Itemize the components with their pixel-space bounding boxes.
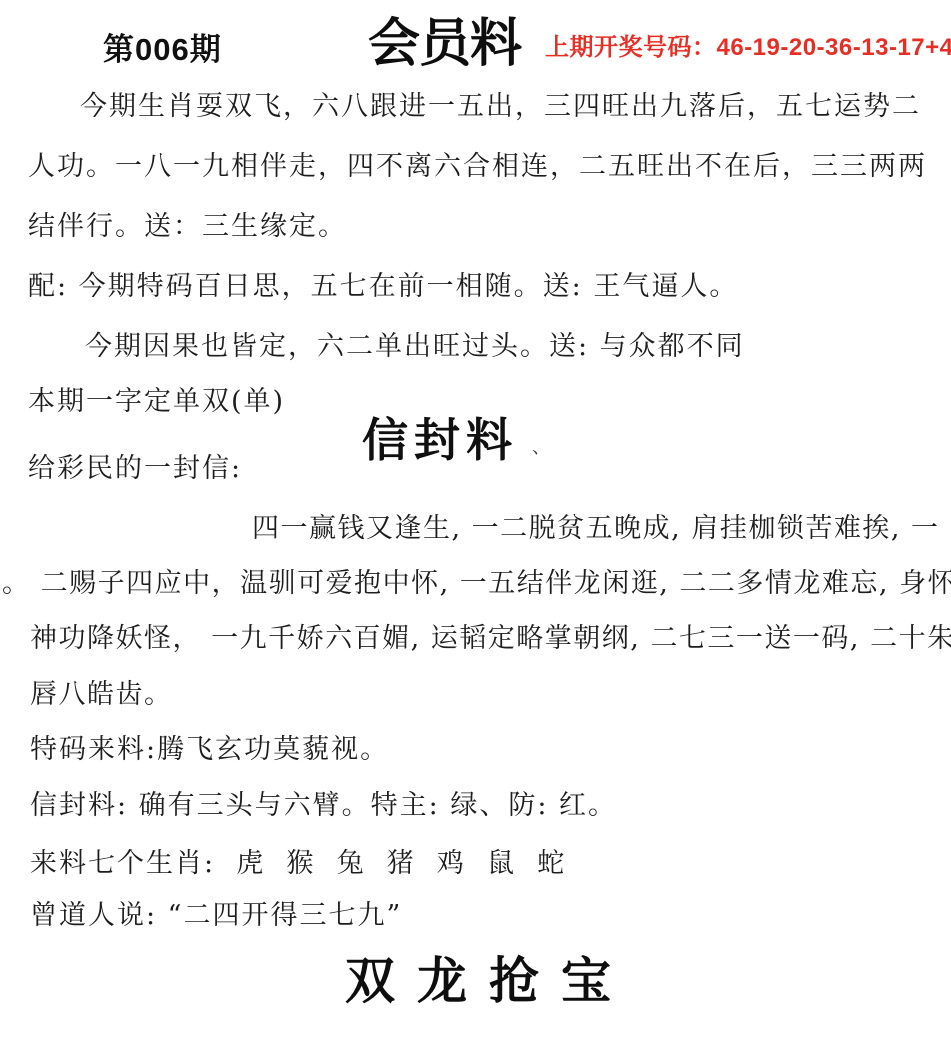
letter-line-1: 四一赢钱又逢生, 一二脱贫五晚成, 肩挂枷锁苦难挨, 一	[252, 513, 940, 544]
footer-title: 双龙抢宝	[345, 952, 633, 1010]
member-line-4: 配: 今期特码百日思，五七在前一相随。送: 王气逼人。	[28, 271, 738, 302]
member-line-6: 本期一字定单双(单)	[28, 386, 285, 417]
last-draw-numbers: 上期开奖号码：46-19-20-36-13-17+43	[545, 34, 951, 62]
letter-line-3: 神功降妖怪， 一九千娇六百媚, 运韬定略掌朝纲, 二七三一送一码, 二十朱	[30, 623, 951, 654]
lottery-tip-sheet: { "page": { "background": "#ffffff", "te…	[0, 0, 951, 1040]
issue-number: 第006期	[103, 32, 222, 68]
letter-line-4: 唇八皓齿。	[30, 679, 173, 710]
member-line-2: 人功。一八一九相伴走，四不离六合相连，二五旺出不在后，三三两两	[28, 151, 927, 182]
member-line-1: 今期生肖耍双飞，六八跟进一五出，三四旺出九落后，五七运势二	[80, 91, 921, 122]
envelope-section-title: 信封料	[362, 414, 518, 467]
envelope-hint-line: 信封料: 确有三头与六臂。特主: 绿、防: 红。	[30, 790, 617, 821]
member-line-3: 结伴行。送：三生缘定。	[28, 211, 347, 242]
special-code-line: 特码来料:腾飞玄功莫藐视。	[30, 734, 389, 765]
envelope-intro: 给彩民的一封信:	[28, 453, 242, 484]
envelope-title-mark: 、	[532, 438, 550, 459]
page-title: 会员料	[368, 14, 521, 74]
letter-line-2: 。 二赐子四应中，温驯可爱抱中怀, 一五结伴龙闲逛, 二二多情龙难忘, 身怀	[2, 568, 951, 599]
member-line-5: 今期因果也皆定，六二单出旺过头。送: 与众都不同	[85, 331, 745, 362]
quote-line: 曾道人说: “二四开得三七九”	[30, 900, 402, 931]
zodiac-line: 来料七个生肖: 虎 猴 兔 猪 鸡 鼠 蛇	[30, 848, 566, 879]
